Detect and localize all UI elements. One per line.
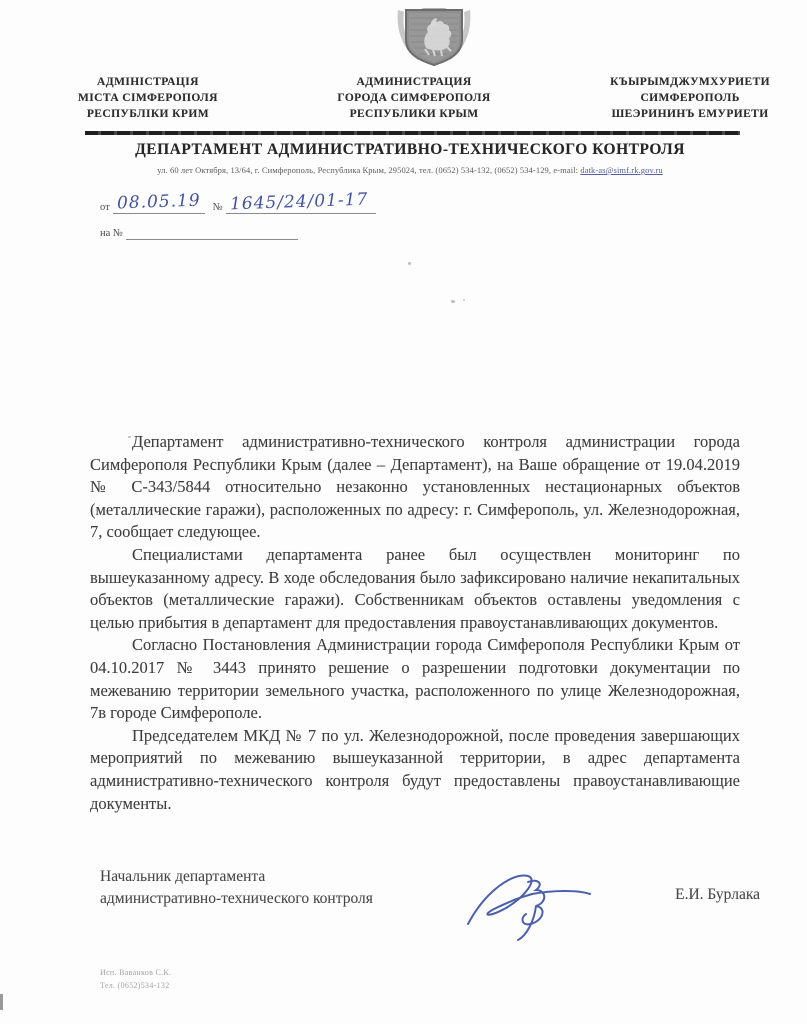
letterhead: АДМІНІСТРАЦІЯ МІСТА СІМФЕРОПОЛЯ РЕСПУБЛІ… — [78, 74, 770, 122]
scan-speck — [463, 299, 465, 301]
executor-name: Исп. Ваванков С.К. — [100, 966, 171, 979]
letterhead-line: РЕСПУБЛІКИ КРИМ — [78, 106, 218, 122]
header-divider-rule — [85, 131, 740, 135]
handwritten-signature — [462, 868, 612, 946]
scan-speck — [451, 300, 455, 303]
handwritten-date: 08.05.19 — [116, 191, 200, 214]
letterhead-line: СИМФЕРОПОЛЬ — [610, 90, 770, 106]
address-text: ул. 60 лет Октября, 13/64, г. Симферопол… — [157, 165, 580, 175]
coat-of-arms-icon — [392, 4, 476, 68]
contact-address-line: ул. 60 лет Октября, 13/64, г. Симферопол… — [60, 165, 760, 175]
handwritten-number: 1645/24/01-17 — [229, 190, 368, 215]
signer-position-line: административно-технического контроля — [100, 888, 373, 910]
scan-speck — [408, 262, 411, 265]
outgoing-number-field: 1645/24/01-17 — [226, 191, 376, 214]
letter-body: Департамент административно-технического… — [90, 431, 740, 815]
reply-number-field — [126, 217, 298, 240]
scanner-edge-artifact — [0, 994, 3, 1010]
letterhead-line: МІСТА СІМФЕРОПОЛЯ — [78, 90, 218, 106]
from-label: от — [100, 202, 113, 214]
signer-position: Начальник департамента административно-т… — [100, 866, 373, 910]
executor-footer: Исп. Ваванков С.К. Тел. (0652)534-132 — [100, 966, 171, 992]
scanned-letter-page: АДМІНІСТРАЦІЯ МІСТА СІМФЕРОПОЛЯ РЕСПУБЛІ… — [0, 0, 807, 1024]
letterhead-column-crimean-tatar: КЪЫРЫМДЖУМХУРИЕТИ СИМФЕРОПОЛЬ ШЕЭРИНИНЪ … — [610, 74, 770, 122]
letterhead-column-russian: АДМИНИСТРАЦИЯ ГОРОДА СИМФЕРОПОЛЯ РЕСПУБЛ… — [337, 74, 490, 122]
body-paragraph: Департамент административно-технического… — [90, 431, 740, 544]
letterhead-line: АДМІНІСТРАЦІЯ — [78, 74, 218, 90]
body-paragraph: Председателем МКД № 7 по ул. Железнодоро… — [90, 725, 740, 815]
incoming-reference-row: на № — [100, 214, 376, 240]
signer-name: Е.И. Бурлака — [650, 886, 760, 904]
letterhead-line: ГОРОДА СИМФЕРОПОЛЯ — [337, 90, 490, 106]
executor-phone: Тел. (0652)534-132 — [100, 979, 171, 992]
body-paragraph: Согласно Постановления Администрации гор… — [90, 634, 740, 724]
letterhead-line: АДМИНИСТРАЦИЯ — [337, 74, 490, 90]
letterhead-column-ukrainian: АДМІНІСТРАЦІЯ МІСТА СІМФЕРОПОЛЯ РЕСПУБЛІ… — [78, 74, 218, 122]
reply-to-label: на № — [100, 228, 126, 240]
signer-position-line: Начальник департамента — [100, 866, 373, 888]
department-title: ДЕПАРТАМЕНТ АДМИНИСТРАТИВНО-ТЕХНИЧЕСКОГО… — [60, 141, 760, 159]
date-field: 08.05.19 — [113, 191, 205, 214]
outgoing-reference-row: от 08.05.19 № 1645/24/01-17 — [100, 188, 376, 214]
letterhead-line: КЪЫРЫМДЖУМХУРИЕТИ — [610, 74, 770, 90]
reference-block: от 08.05.19 № 1645/24/01-17 на № — [100, 188, 376, 240]
number-label: № — [205, 202, 226, 214]
letterhead-line: ШЕЭРИНИНЪ ЕМУРИЕТИ — [610, 106, 770, 122]
letterhead-line: РЕСПУБЛИКИ КРЫМ — [337, 106, 490, 122]
body-paragraph: Специалистами департамента ранее был осу… — [90, 544, 740, 634]
email-link: datk-as@simf.rk.gov.ru — [580, 165, 662, 175]
